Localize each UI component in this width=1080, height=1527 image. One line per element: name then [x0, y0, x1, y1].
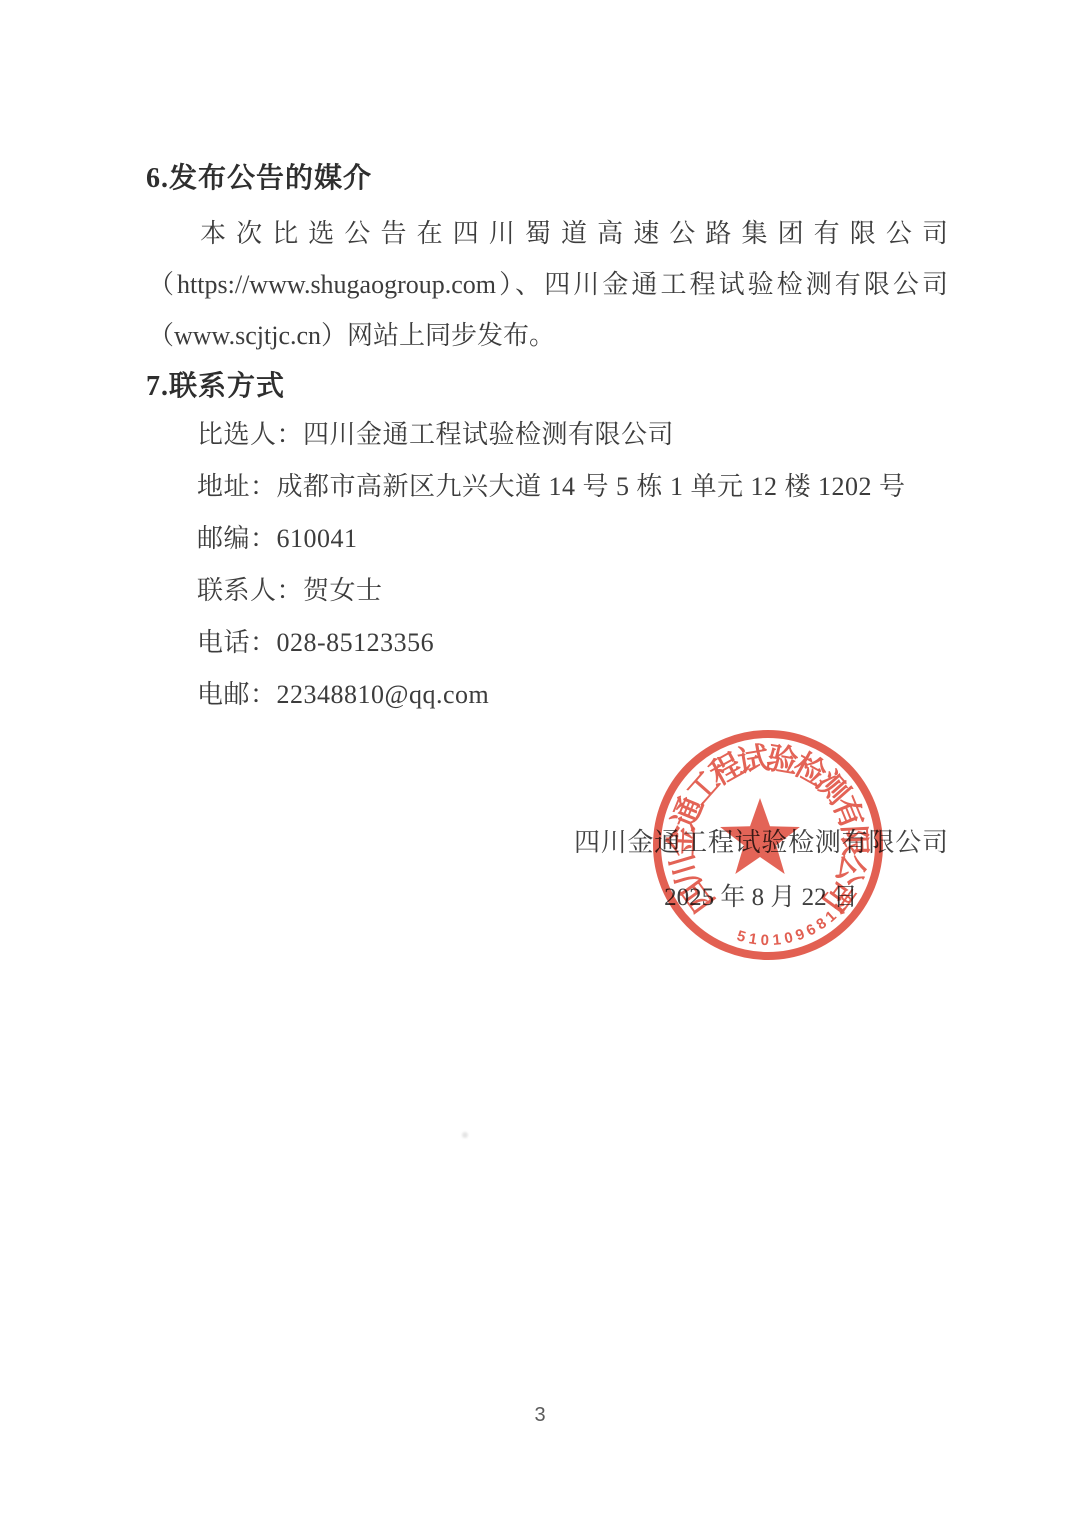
contact-line-email: 电邮：22348810@qq.com — [197, 674, 489, 711]
svg-text:1: 1 — [747, 930, 759, 948]
scan-artifact-speck — [462, 1132, 468, 1138]
contact-line-bidder: 比选人：四川金通工程试验检测有限公司 — [197, 414, 674, 451]
company-seal-stamp: 四川金通工程试验检测有限公司 51010968110 — [643, 720, 893, 970]
svg-text:0: 0 — [760, 932, 770, 949]
svg-text:1: 1 — [772, 931, 783, 949]
document-page: 6.发布公告的媒介 本次比选公告在四川蜀道高速公路集团有限公司 （https:/… — [0, 0, 1080, 1527]
section-6-paragraph-line-3: （www.scjtjc.cn）网站上同步发布。 — [148, 315, 555, 352]
contact-line-phone: 电话：028-85123356 — [197, 622, 434, 659]
contact-line-postcode: 邮编：610041 — [197, 518, 358, 555]
section-7-heading: 7.联系方式 — [146, 364, 285, 404]
section-6-paragraph-line-1: 本次比选公告在四川蜀道高速公路集团有限公司 — [200, 213, 948, 250]
seal-serial-number-arc: 51010968110 — [735, 890, 857, 949]
section-6-heading: 6.发布公告的媒介 — [146, 156, 372, 196]
section-6-paragraph-line-2: （https://www.shugaogroup.com）、四川金通工程试验检测… — [148, 264, 948, 301]
svg-text:5: 5 — [735, 927, 749, 946]
contact-line-address: 地址：成都市高新区九兴大道 14 号 5 栋 1 单元 12 楼 1202 号 — [197, 466, 906, 503]
seal-star-icon — [720, 798, 800, 874]
page-number: 3 — [0, 1404, 1080, 1427]
contact-line-contact-person: 联系人：贺女士 — [197, 570, 383, 607]
